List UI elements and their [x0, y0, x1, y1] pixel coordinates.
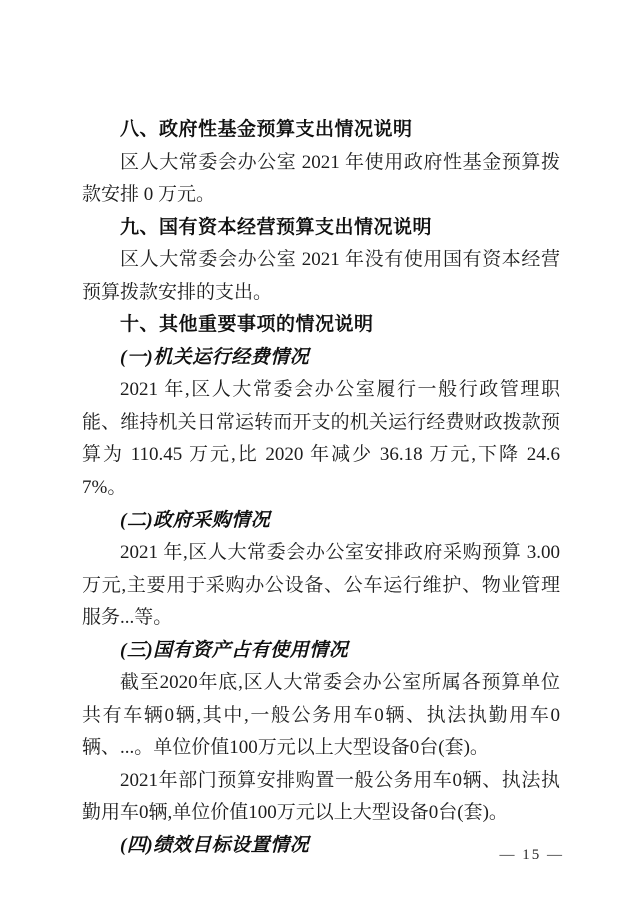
document-page: 八、政府性基金预算支出情况说明 区人大常委会办公室 2021 年使用政府性基金预… — [0, 0, 640, 906]
paragraph-state-capital-budget: 区人大常委会办公室 2021 年没有使用国有资本经营预算拨款安排的支出。 — [82, 244, 560, 309]
paragraph-government-procurement: 2021 年,区人大常委会办公室安排政府采购预算 3.00 万元,主要用于采购办… — [82, 537, 560, 635]
paragraph-state-assets-2020: 截至2020年底,区人大常委会办公室所属各预算单位共有车辆0辆,其中,一般公务用… — [82, 667, 560, 765]
paragraph-state-assets-2021: 2021年部门预算安排购置一般公务用车0辆、执法执勤用车0辆,单位价值100万元… — [82, 765, 560, 830]
heading-govt-fund-budget-expenditure: 八、政府性基金预算支出情况说明 — [82, 114, 560, 147]
subheading-operating-expenses: (一)机关运行经费情况 — [82, 342, 560, 375]
heading-other-important-matters: 十、其他重要事项的情况说明 — [82, 309, 560, 342]
paragraph-operating-expenses: 2021 年,区人大常委会办公室履行一般行政管理职能、维持机关日常运转而开支的机… — [82, 374, 560, 504]
subheading-performance-targets: (四)绩效目标设置情况 — [82, 830, 560, 863]
subheading-state-assets-usage: (三)国有资产占有使用情况 — [82, 635, 560, 668]
subheading-government-procurement: (二)政府采购情况 — [82, 505, 560, 538]
document-body: 八、政府性基金预算支出情况说明 区人大常委会办公室 2021 年使用政府性基金预… — [82, 114, 560, 863]
paragraph-govt-fund-budget: 区人大常委会办公室 2021 年使用政府性基金预算拨款安排 0 万元。 — [82, 147, 560, 212]
page-number: — 15 — — [500, 847, 565, 864]
heading-state-capital-budget: 九、国有资本经营预算支出情况说明 — [82, 212, 560, 245]
